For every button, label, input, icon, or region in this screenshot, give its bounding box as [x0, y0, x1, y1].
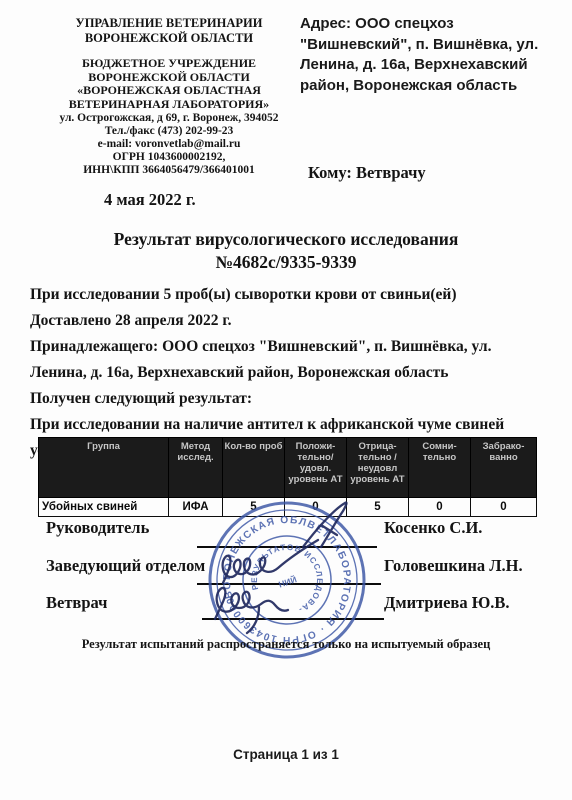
page-number: Страница 1 из 1 [0, 747, 572, 762]
letterhead-address-line: ул. Острогожская, д 69, г. Воронеж, 3940… [36, 112, 302, 125]
header-group: Группа [39, 438, 169, 498]
letterhead-inst-line: «ВОРОНЕЖСКАЯ ОБЛАСТНАЯ [36, 84, 302, 98]
handwritten-signatures [185, 495, 405, 645]
table-header-row: Группа Метод исслед. Кол-во проб Положи-… [39, 438, 537, 498]
document-date: 4 мая 2022 г. [104, 190, 196, 210]
body-paragraph: Доставлено 28 апреля 2022 г. [30, 308, 548, 334]
cell-rejected: 0 [471, 498, 537, 517]
letterhead-org-line: ВОРОНЕЖСКОЙ ОБЛАСТИ [36, 31, 302, 46]
letterhead-phone-line: Тел./факс (473) 202-99-23 [36, 125, 302, 138]
letterhead: УПРАВЛЕНИЕ ВЕТЕРИНАРИИ ВОРОНЕЖСКОЙ ОБЛАС… [36, 16, 302, 177]
signature-role-head-of-department: Заведующий отделом [46, 556, 205, 576]
header-doubtful: Сомни- тельно [409, 438, 471, 498]
cell-doubtful: 0 [409, 498, 471, 517]
letterhead-contacts: ул. Острогожская, д 69, г. Воронеж, 3940… [36, 112, 302, 177]
letterhead-email-line: e-mail: voronvetlab@mail.ru [36, 138, 302, 151]
cell-group: Убойных свиней [39, 498, 169, 517]
body-paragraph: Получен следующий результат: [30, 386, 548, 412]
letterhead-inst-line: БЮДЖЕТНОЕ УЧРЕЖДЕНИЕ [36, 57, 302, 71]
document-page: УПРАВЛЕНИЕ ВЕТЕРИНАРИИ ВОРОНЕЖСКОЙ ОБЛАС… [0, 0, 572, 800]
letterhead-institution: БЮДЖЕТНОЕ УЧРЕЖДЕНИЕ ВОРОНЕЖСКОЙ ОБЛАСТИ… [36, 57, 302, 111]
header-positive: Положи- тельно/ удовл. уровень АТ [285, 438, 347, 498]
header-method: Метод исслед. [169, 438, 223, 498]
recipient-to: Кому: Ветврачу [308, 163, 426, 183]
letterhead-org: УПРАВЛЕНИЕ ВЕТЕРИНАРИИ ВОРОНЕЖСКОЙ ОБЛАС… [36, 16, 302, 45]
letterhead-ogrn-line: ОГРН 1043600002192, [36, 151, 302, 164]
document-title-line2: №4682с/9335-9339 [0, 251, 572, 274]
letterhead-org-line: УПРАВЛЕНИЕ ВЕТЕРИНАРИИ [36, 16, 302, 31]
body-paragraph: Принадлежащего: ООО спецхоз "Вишневский"… [30, 334, 548, 386]
letterhead-inst-line: ВОРОНЕЖСКОЙ ОБЛАСТИ [36, 71, 302, 85]
signature-role-director: Руководитель [46, 518, 149, 538]
document-title: Результат вирусологического исследования… [0, 228, 572, 274]
recipient-address: Адрес: ООО спецхоз "Вишневский", п. Вишн… [300, 14, 558, 96]
header-sample-count: Кол-во проб [223, 438, 285, 498]
disclaimer-note: Результат испытаний распространяется тол… [0, 637, 572, 652]
signature-role-veterinarian: Ветврач [46, 593, 107, 613]
header-rejected: Забрако- ванно [471, 438, 537, 498]
signature-stroke-director [303, 503, 346, 547]
document-title-line1: Результат вирусологического исследования [0, 228, 572, 251]
signature-stroke-vet [247, 607, 259, 633]
signature-stroke-vet [215, 588, 288, 619]
letterhead-inst-line: ВЕТЕРИНАРНАЯ ЛАБОРАТОРИЯ» [36, 98, 302, 112]
letterhead-inn-line: ИНН\КПП 3664056479/366401001 [36, 164, 302, 177]
header-negative: Отрица- тельно / неудовл уровень АТ [347, 438, 409, 498]
body-paragraph: При исследовании 5 проб(ы) сыворотки кро… [30, 282, 548, 308]
